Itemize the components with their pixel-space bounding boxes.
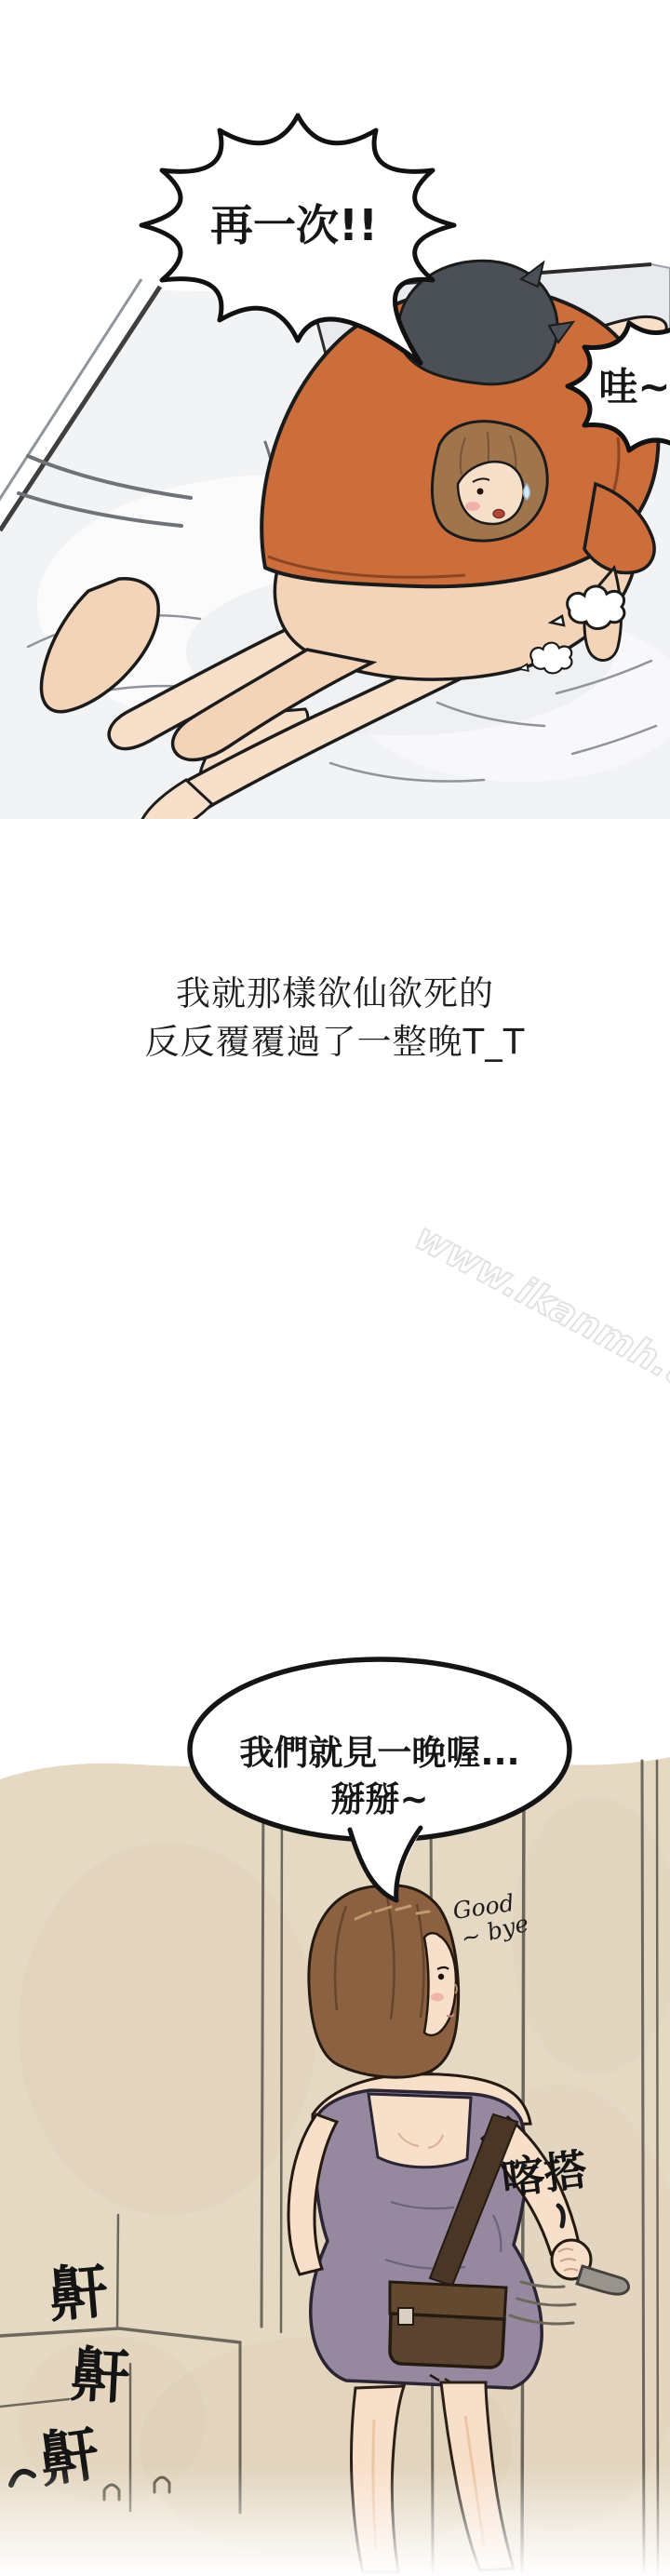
woman-head xyxy=(432,422,547,541)
snore-char-1: 鼾 xyxy=(46,2257,111,2330)
dress-back-neckline xyxy=(368,2094,471,2167)
snore-char-2: 鼾 xyxy=(69,2341,132,2412)
woman-face xyxy=(458,462,524,524)
woman-eye xyxy=(477,489,484,495)
mouth xyxy=(493,510,504,518)
bottom-fade xyxy=(0,2466,670,2576)
wow-text: 哇~ xyxy=(598,364,670,409)
narration-line-1: 我就那樣欲仙欲死的 xyxy=(0,970,670,1018)
woman-eye xyxy=(438,1974,444,1979)
shout-text: 再一次!! xyxy=(210,200,378,250)
narration-block: 我就那樣欲仙欲死的 反反覆覆過了一整晚T_T xyxy=(0,970,670,1067)
top-panel-illustration: 再一次!! 哇~ xyxy=(0,47,670,819)
narration-line-2: 反反覆覆過了一整晚T_T xyxy=(0,1018,670,1067)
blush xyxy=(465,502,480,511)
watermark-text: www.ikanmh.top xyxy=(408,1215,670,1419)
speech-line-1: 我們就見一晚喔... xyxy=(239,1733,519,1773)
comic-page: 再一次!! 哇~ 我就那樣欲仙欲死的 反反覆覆過了一整晚T_T www.ikan… xyxy=(0,0,670,2576)
bag-buckle xyxy=(398,2308,413,2325)
blush xyxy=(431,1993,444,2002)
door-sfx-text: 喀搭 xyxy=(499,2144,590,2205)
bottom-panel-illustration: 鼾 鼾 鼾 xyxy=(0,1657,670,2576)
speech-line-2: 掰掰~ xyxy=(330,1779,428,1819)
